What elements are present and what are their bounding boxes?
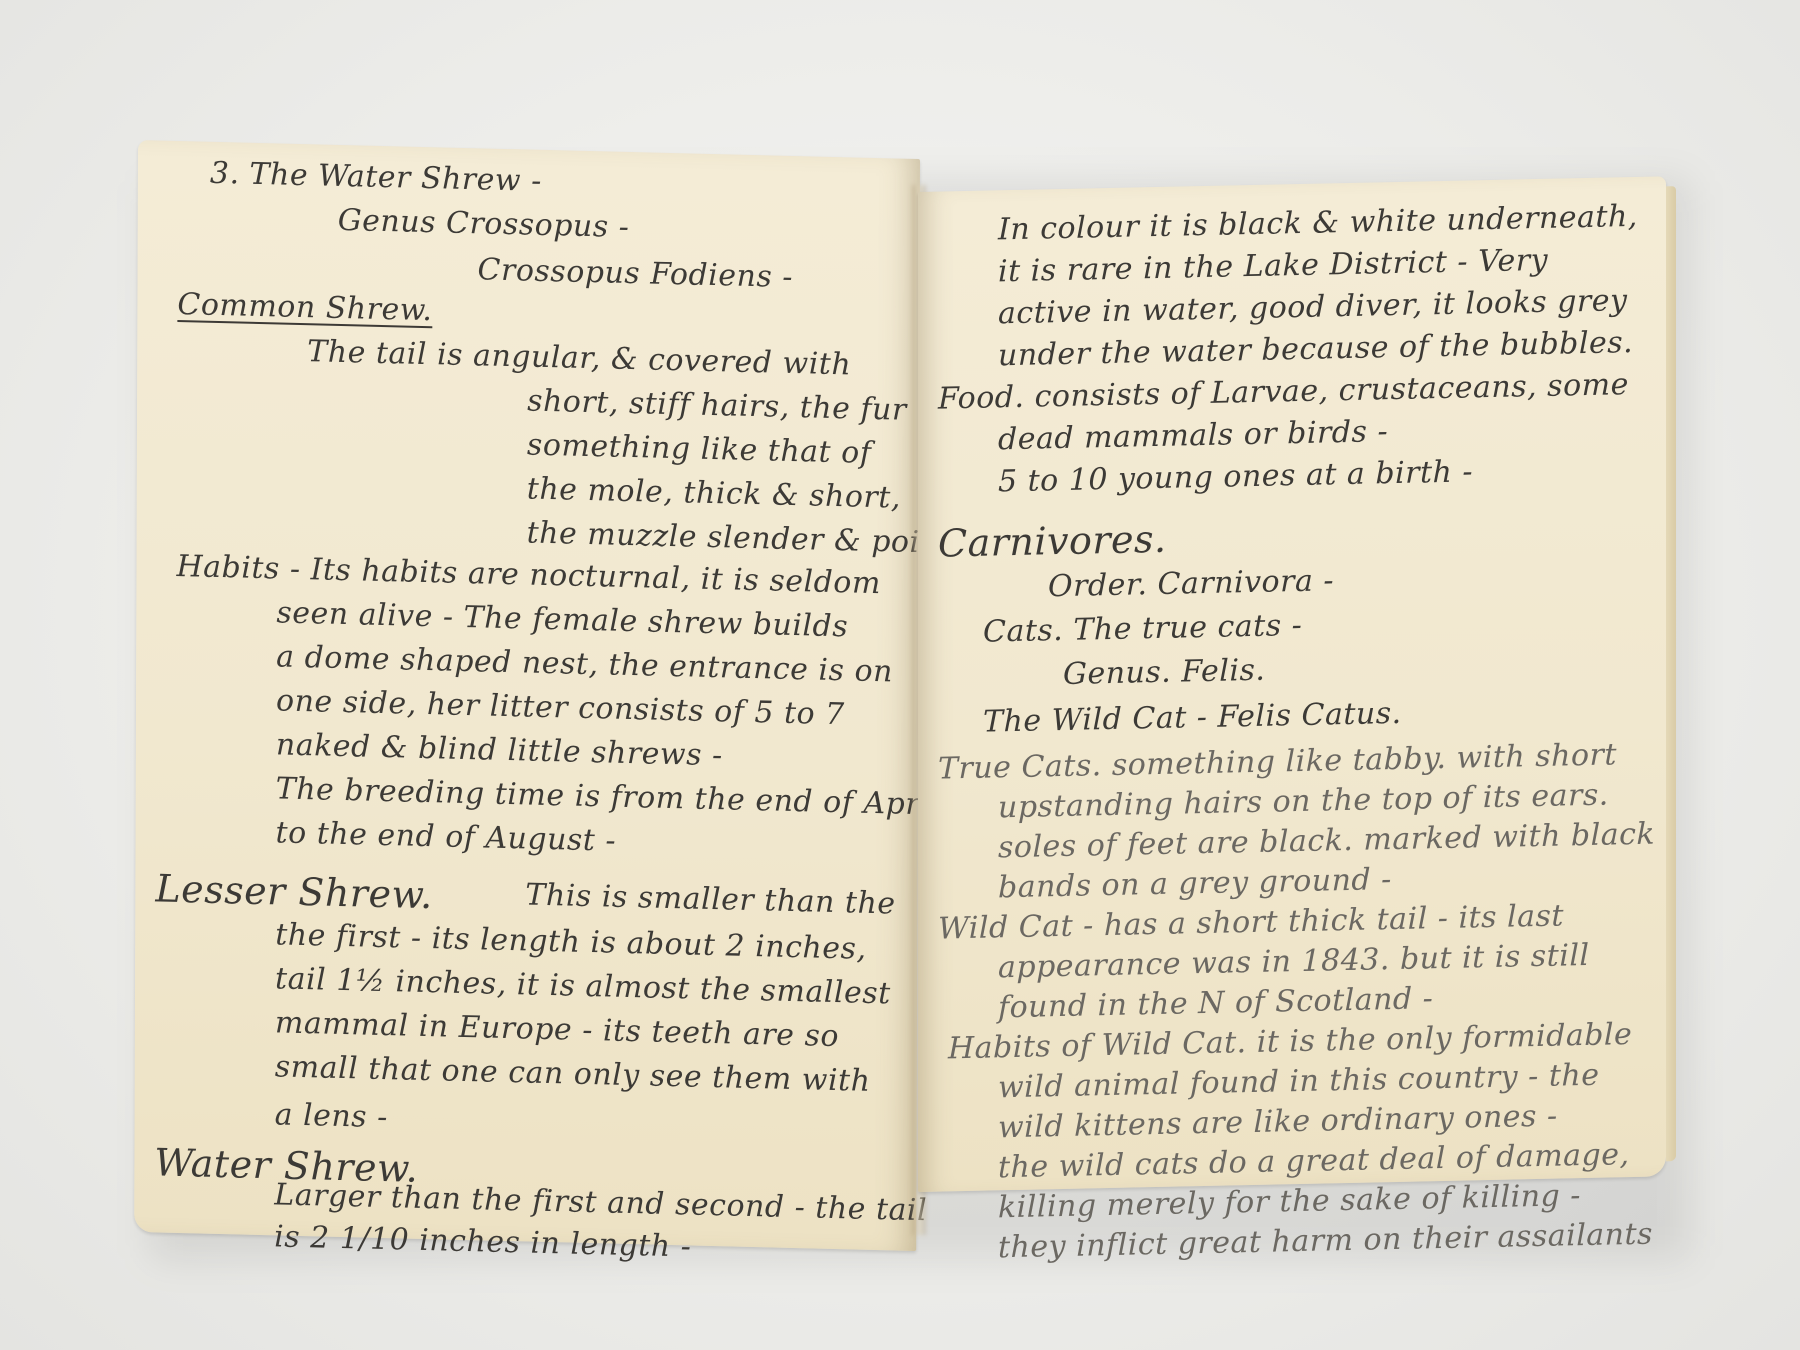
- handwritten-line: short, stiff hairs, the fur: [527, 384, 907, 428]
- handwritten-line: bands on a grey ground -: [998, 862, 1392, 905]
- handwritten-line: active in water, good diver, it looks gr…: [998, 283, 1627, 331]
- handwritten-line: Cats. The true cats -: [983, 608, 1302, 650]
- handwritten-line: appearance was in 1843. but it is still: [998, 938, 1590, 985]
- handwritten-line: under the water because of the bubbles.: [998, 325, 1633, 373]
- handwritten-line: the mole, thick & short,: [527, 472, 901, 516]
- notebook-left-page: 3. The Water Shrew -Genus Crossopus -Cro…: [134, 140, 920, 1251]
- handwritten-line: Lesser Shrew.: [155, 866, 432, 917]
- handwritten-line: Carnivores.: [938, 517, 1167, 566]
- handwritten-line: something like that of: [527, 428, 871, 471]
- notebook-right-page: In colour it is black & white underneath…: [918, 176, 1666, 1192]
- handwritten-line: Genus Crossopus -: [338, 203, 630, 245]
- handwritten-line: small that one can only see them with: [275, 1049, 871, 1099]
- handwritten-line: tail 1½ inches, it is almost the smalles…: [275, 961, 891, 1011]
- handwritten-line: a dome shaped nest, the entrance is on: [276, 639, 893, 689]
- photo-scene: 3. The Water Shrew -Genus Crossopus -Cro…: [0, 0, 1800, 1350]
- handwritten-line: Order. Carnivora -: [1048, 563, 1334, 604]
- handwritten-line: mammal in Europe - its teeth are so: [275, 1005, 839, 1054]
- handwritten-line: Food. consists of Larvae, crustaceans, s…: [938, 367, 1629, 416]
- handwritten-line: one side, her litter consists of 5 to 7: [276, 683, 845, 732]
- handwritten-line: upstanding hairs on the top of its ears.: [998, 778, 1609, 826]
- handwritten-line: 5 to 10 young ones at a birth -: [998, 454, 1473, 499]
- handwritten-line: to the end of August -: [276, 815, 617, 858]
- handwritten-line: wild kittens are like ordinary ones -: [998, 1099, 1558, 1146]
- handwritten-line: Genus. Felis.: [1063, 653, 1265, 692]
- handwritten-line: soles of feet are black. marked with bla…: [998, 817, 1655, 866]
- handwritten-line: 3. The Water Shrew -: [210, 156, 542, 199]
- handwritten-line: naked & blind little shrews -: [276, 727, 723, 773]
- handwritten-line: Wild Cat - has a short thick tail - its …: [938, 898, 1564, 946]
- handwritten-line: found in the N of Scotland -: [998, 981, 1433, 1025]
- handwritten-line: seen alive - The female shrew builds: [276, 595, 848, 644]
- handwritten-line: Crossopus Fodiens -: [478, 252, 793, 295]
- handwritten-line: The breeding time is from the end of Apr…: [276, 771, 941, 822]
- handwritten-line: it is rare in the Lake District - Very: [998, 243, 1548, 290]
- handwritten-line: a lens -: [275, 1097, 388, 1135]
- handwritten-line: Common Shrew.: [177, 287, 432, 328]
- handwritten-line: dead mammals or birds -: [998, 414, 1388, 457]
- handwritten-line: In colour it is black & white underneath…: [998, 199, 1638, 247]
- handwritten-line: The tail is angular, & covered with: [307, 334, 851, 382]
- handwritten-line: This is smaller than the: [525, 877, 895, 921]
- handwritten-line: Habits - Its habits are nocturnal, it is…: [176, 549, 880, 601]
- handwritten-line: Larger than the first and second - the t…: [274, 1177, 927, 1228]
- handwritten-line: The Wild Cat - Felis Catus.: [983, 696, 1402, 740]
- handwritten-line: the first - its length is about 2 inches…: [275, 917, 866, 966]
- handwritten-line: wild animal found in this country - the: [998, 1058, 1599, 1106]
